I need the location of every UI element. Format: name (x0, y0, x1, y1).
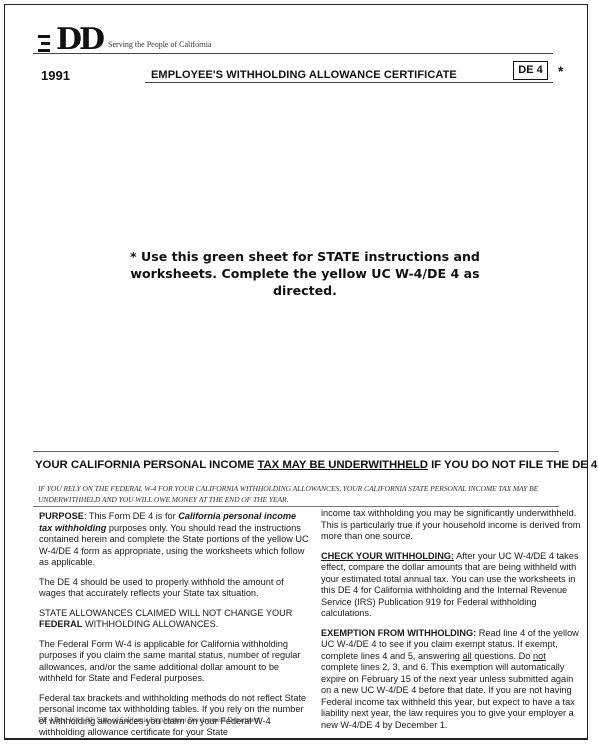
green-sheet-instructions: * Use this green sheet for STATE instruc… (105, 248, 505, 299)
warning-text-end: IF YOU DO NOT FILE THE DE 4 FORM (428, 459, 598, 471)
state-allowances-paragraph: STATE ALLOWANCES CLAIMED WILL NOT CHANGE… (39, 608, 309, 631)
edd-logo-mark: DD (56, 27, 102, 53)
right-column: income tax withholding you may be signif… (321, 508, 583, 739)
exemption-all: all (462, 651, 471, 661)
exemption-paragraph: EXEMPTION FROM WITHHOLDING: Read line 4 … (321, 628, 583, 732)
state-allowances-text-1: STATE ALLOWANCES CLAIMED WILL NOT CHANGE… (39, 608, 292, 618)
edd-logo-e-icon (38, 33, 54, 53)
exemption-text-3: complete lines 2, 3, and 6. This exempti… (321, 662, 575, 730)
federal-w4-paragraph: The Federal Form W-4 is applicable for C… (39, 639, 309, 685)
state-allowances-text-2: WITHHOLDING ALLOWANCES. (82, 619, 218, 629)
logo-tagline: Serving the People of California (108, 40, 212, 49)
form-footer: DE 4 Rev. 16 (1-90) State of California … (38, 716, 261, 724)
header-rule-top (33, 53, 553, 54)
warning-text-start: YOUR CALIFORNIA PERSONAL INCOME (35, 459, 257, 471)
notice-rule (33, 506, 559, 507)
left-column: PURPOSE: This Form DE 4 is for Californi… (39, 511, 309, 747)
edd-logo: DD Serving the People of California (38, 27, 212, 53)
document-page: DD Serving the People of California 1991… (4, 4, 588, 740)
exemption-label: EXEMPTION FROM WITHHOLDING: (321, 628, 476, 638)
exemption-text-2: questions. Do (472, 651, 533, 661)
form-year: 1991 (41, 68, 70, 83)
check-withholding-paragraph: CHECK YOUR WITHHOLDING: After your UC W-… (321, 551, 583, 620)
form-id-box: DE 4 (513, 61, 548, 80)
asterisk-icon: * (558, 63, 563, 79)
instructions-line-1: * Use this green sheet for STATE instruc… (105, 248, 505, 265)
underwithheld-warning: YOUR CALIFORNIA PERSONAL INCOME TAX MAY … (35, 459, 598, 471)
underwithheld-continuation: income tax withholding you may be signif… (321, 508, 583, 543)
de4-usage-paragraph: The DE 4 should be used to properly with… (39, 577, 309, 600)
instructions-line-2: worksheets. Complete the yellow UC W-4/D… (105, 265, 505, 299)
check-withholding-label: CHECK YOUR WITHHOLDING: (321, 551, 454, 561)
purpose-label: PURPOSE (39, 511, 84, 521)
federal-w4-notice: If you rely on the Federal W-4 for your … (38, 483, 578, 505)
form-title: EMPLOYEE'S WITHHOLDING ALLOWANCE CERTIFI… (151, 69, 457, 81)
warning-rule-top (33, 451, 559, 452)
header-rule-bottom (145, 82, 553, 83)
purpose-text-1: : This Form DE 4 is for (84, 511, 178, 521)
purpose-paragraph: PURPOSE: This Form DE 4 is for Californi… (39, 511, 309, 569)
warning-text-underlined: TAX MAY BE UNDERWITHHELD (257, 459, 428, 471)
exemption-not: not (533, 651, 546, 661)
federal-bold: FEDERAL (39, 619, 82, 629)
